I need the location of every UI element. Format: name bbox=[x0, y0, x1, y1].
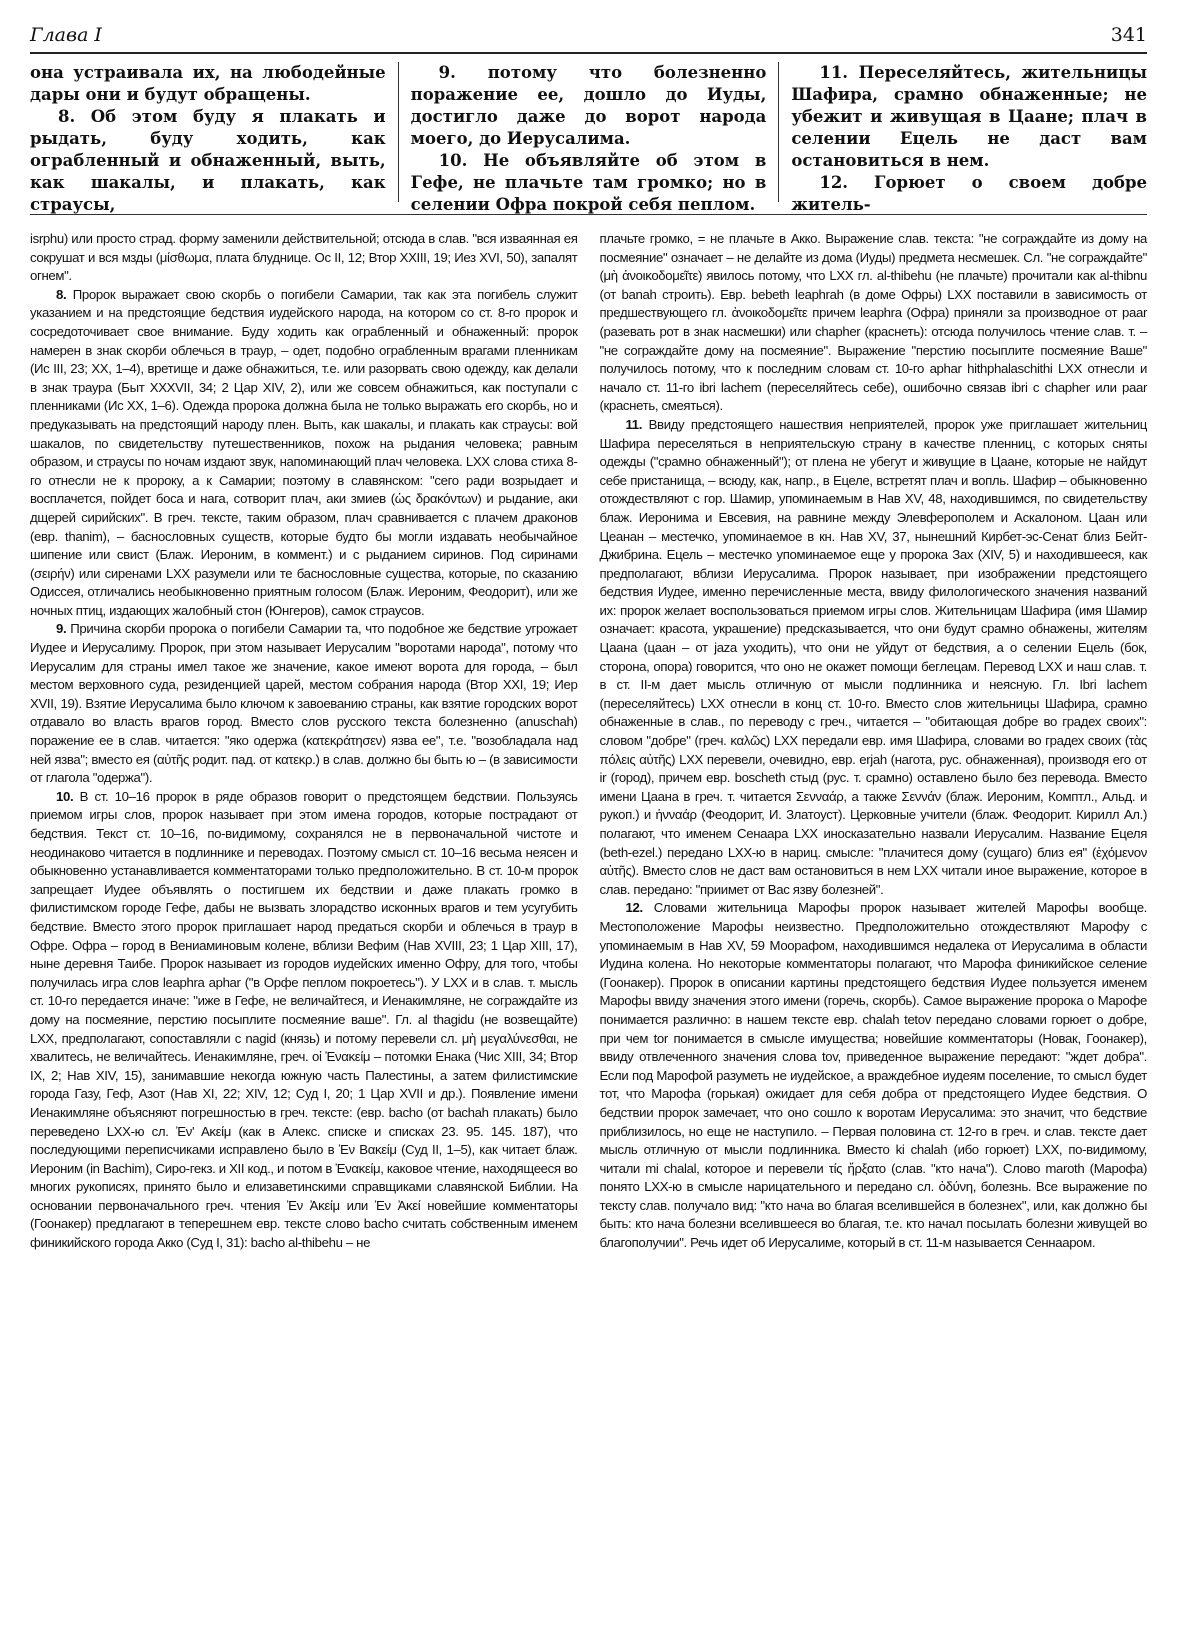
section-divider bbox=[30, 214, 1147, 215]
verse-column-2: 9. потому что болезненно поражение ее, д… bbox=[399, 62, 779, 202]
verse-paragraph: 10. Не объявляйте об этом в Гефе, не пла… bbox=[411, 150, 767, 216]
verse-paragraph: 11. Переселяйтесь, жительницы Шафира, ср… bbox=[791, 62, 1147, 172]
commentary-left-column: isrphu) или просто страд. форму заменили… bbox=[30, 230, 578, 1253]
commentary-paragraph: 12. Словами жительница Марофы пророк наз… bbox=[600, 899, 1148, 1252]
verse-paragraph: она устраивала их, на любодейные дары он… bbox=[30, 62, 386, 106]
verse-column-1: она устраивала их, на любодейные дары он… bbox=[30, 62, 398, 202]
page-header: Глава I 341 bbox=[30, 18, 1147, 54]
commentary-paragraph: плачьте громко, = не плачьте в Акко. Выр… bbox=[600, 230, 1148, 416]
page-number: 341 bbox=[1111, 24, 1147, 46]
chapter-title: Глава I bbox=[30, 24, 102, 46]
verse-number: 12. bbox=[626, 900, 643, 915]
commentary-paragraph: 8. Пророк выражает свою скорбь о погибел… bbox=[30, 286, 578, 621]
paragraph-text: В ст. 10–16 пророк в ряде образов говори… bbox=[30, 789, 578, 1250]
scripture-verses: она устраивала их, на любодейные дары он… bbox=[30, 62, 1147, 202]
verse-column-3: 11. Переселяйтесь, жительницы Шафира, ср… bbox=[779, 62, 1147, 202]
verse-number: 11. bbox=[626, 417, 643, 432]
verse-number: 8. bbox=[56, 287, 66, 302]
paragraph-text: Причина скорби пророка о погибели Самари… bbox=[30, 621, 578, 785]
paragraph-text: isrphu) или просто страд. форму заменили… bbox=[30, 231, 578, 283]
paragraph-text: Ввиду предстоящего нашествия неприятелей… bbox=[600, 417, 1148, 897]
verse-paragraph: 12. Горюет о своем добре житель- bbox=[791, 172, 1147, 216]
commentary-paragraph: 9. Причина скорби пророка о погибели Сам… bbox=[30, 620, 578, 787]
verse-paragraph: 9. потому что болезненно поражение ее, д… bbox=[411, 62, 767, 150]
paragraph-text: Словами жительница Марофы пророк называе… bbox=[600, 900, 1148, 1250]
verse-number: 10. bbox=[56, 789, 73, 804]
verse-paragraph: 8. Об этом буду я плакать и рыдать, буду… bbox=[30, 106, 386, 216]
paragraph-text: плачьте громко, = не плачьте в Акко. Выр… bbox=[600, 231, 1148, 413]
commentary-right-column: плачьте громко, = не плачьте в Акко. Выр… bbox=[600, 230, 1148, 1253]
commentary-paragraph: 10. В ст. 10–16 пророк в ряде образов го… bbox=[30, 788, 578, 1253]
commentary: isrphu) или просто страд. форму заменили… bbox=[30, 230, 1147, 1253]
paragraph-text: Пророк выражает свою скорбь о погибели С… bbox=[30, 287, 578, 618]
commentary-paragraph: 11. Ввиду предстоящего нашествия неприят… bbox=[600, 416, 1148, 899]
commentary-paragraph: isrphu) или просто страд. форму заменили… bbox=[30, 230, 578, 286]
verse-number: 9. bbox=[56, 621, 66, 636]
